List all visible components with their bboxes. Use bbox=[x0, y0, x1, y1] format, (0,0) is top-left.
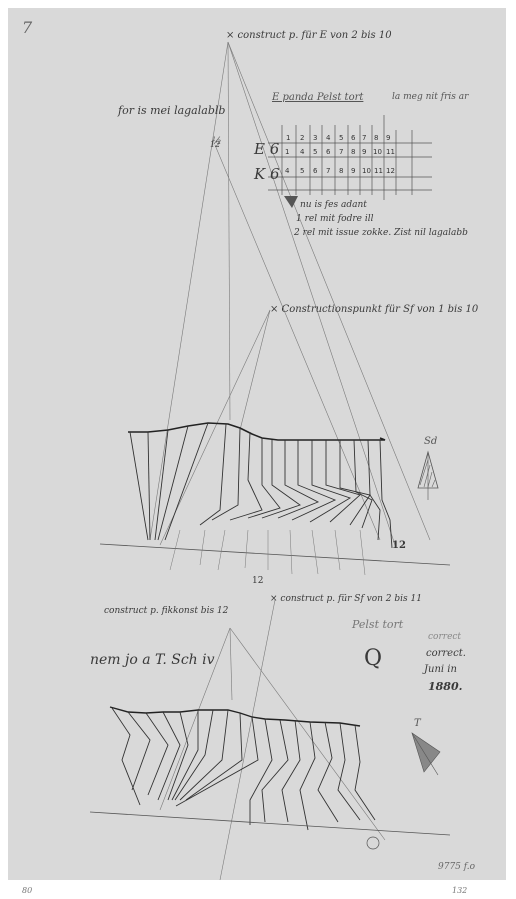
catalog-number: 9775 f.o bbox=[438, 862, 475, 872]
svg-text:7: 7 bbox=[326, 167, 330, 175]
svg-text:1: 1 bbox=[285, 148, 289, 156]
note-line-2: 1 rel mit fodre ill bbox=[296, 214, 373, 224]
lower-ribs bbox=[112, 708, 375, 830]
arrow-sd-label: Sd bbox=[424, 436, 437, 447]
svg-text:2: 2 bbox=[300, 134, 304, 142]
table-row-label-k: K 6 bbox=[254, 165, 280, 183]
lower-baseline bbox=[90, 812, 450, 835]
table-row-label-e: E 6 bbox=[254, 140, 279, 158]
svg-text:8: 8 bbox=[339, 167, 343, 175]
signature: Juni in bbox=[424, 664, 457, 675]
middle-drop-lines bbox=[170, 530, 365, 575]
arrow-t-icon bbox=[412, 733, 440, 775]
upper-ribs bbox=[130, 423, 392, 548]
svg-text:7: 7 bbox=[362, 134, 366, 142]
corner-mark: 7 bbox=[22, 18, 32, 37]
table-heading-right: la meg nit fris ar bbox=[392, 92, 468, 102]
svg-text:11: 11 bbox=[386, 148, 395, 156]
svg-text:4: 4 bbox=[285, 167, 290, 175]
svg-text:11: 11 bbox=[374, 167, 383, 175]
svg-text:12: 12 bbox=[386, 167, 395, 175]
label-pelst-tort: Pelst tort bbox=[352, 618, 403, 631]
svg-text:5: 5 bbox=[300, 167, 304, 175]
svg-text:10: 10 bbox=[373, 148, 382, 156]
construction-point-note-sf: × Constructionspunkt für Sf von 1 bis 10 bbox=[270, 304, 478, 315]
lower-title: nem jo a T. Sch iv bbox=[90, 652, 215, 668]
table-grid bbox=[268, 115, 432, 200]
table-heading: E panda Pelst tort bbox=[272, 92, 363, 103]
svg-text:5: 5 bbox=[339, 134, 343, 142]
svg-text:5: 5 bbox=[313, 148, 317, 156]
arrow-sd-icon bbox=[418, 452, 438, 500]
svg-text:8: 8 bbox=[374, 134, 378, 142]
construction-point-note-sf-2: × construct p. für Sf von 2 bis 11 bbox=[270, 594, 422, 604]
svg-text:1: 1 bbox=[286, 134, 290, 142]
marker-12: 12 bbox=[210, 140, 220, 149]
marker-12-bottom: 12 bbox=[252, 576, 263, 586]
pointer-triangle bbox=[284, 196, 298, 208]
svg-text:10: 10 bbox=[362, 167, 371, 175]
year: 1880. bbox=[428, 680, 462, 693]
table-numbers: 123 456 789 145 678 91011 456 789 101112 bbox=[285, 134, 395, 175]
correction-light: correct bbox=[428, 632, 461, 642]
svg-text:6: 6 bbox=[351, 134, 356, 142]
note-line-1: nu is fes adant bbox=[300, 200, 367, 210]
svg-text:3: 3 bbox=[313, 134, 317, 142]
left-label: for is mei lagalablb bbox=[118, 104, 225, 117]
circle-mark bbox=[367, 837, 379, 849]
end-label-12: 12 bbox=[392, 540, 406, 551]
bottom-left-mark: 80 bbox=[22, 886, 32, 895]
correction: correct. bbox=[426, 648, 466, 659]
svg-text:7: 7 bbox=[339, 148, 343, 156]
svg-text:6: 6 bbox=[313, 167, 318, 175]
construction-point-note-e: × construct p. für E von 2 bis 10 bbox=[226, 30, 392, 41]
letter-q: Q bbox=[364, 646, 382, 671]
lower-ridge-line bbox=[110, 707, 360, 726]
svg-text:9: 9 bbox=[351, 167, 355, 175]
note-line-3: 2 rel mit issue zokke. Zist nil lagalabb bbox=[294, 228, 468, 238]
sketch-drawing: 123 456 789 145 678 91011 456 789 101112 bbox=[0, 0, 516, 899]
svg-text:9: 9 bbox=[386, 134, 390, 142]
construction-point-note-k: construct p. fikkonst bis 12 bbox=[104, 606, 228, 616]
svg-text:4: 4 bbox=[326, 134, 331, 142]
svg-text:4: 4 bbox=[300, 148, 305, 156]
bottom-right-mark: 132 bbox=[452, 886, 467, 895]
svg-text:8: 8 bbox=[351, 148, 355, 156]
arrow-t-label: T bbox=[414, 718, 421, 729]
upper-ridge-line bbox=[128, 423, 385, 440]
svg-text:9: 9 bbox=[362, 148, 366, 156]
svg-text:6: 6 bbox=[326, 148, 331, 156]
